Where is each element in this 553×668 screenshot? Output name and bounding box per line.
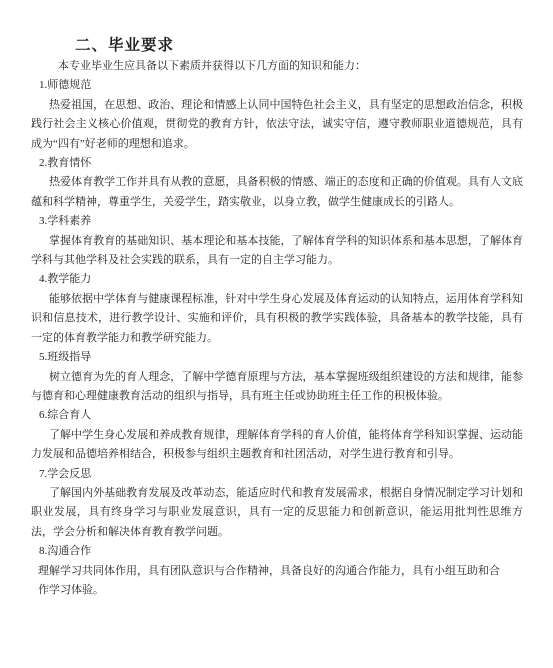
requirement-heading: 2.教育情怀 xyxy=(39,154,523,173)
requirement-section-3: 3.学科素养 掌握体育教育的基础知识、基本理论和基本技能，了解体育学科的知识体系… xyxy=(31,212,523,270)
requirement-body: 理解学习共同体作用，具有团队意识与合作精神，具备良好的沟通合作能力，具有小组互助… xyxy=(38,562,501,601)
requirement-section-1: 1.师德规范 热爱祖国，在思想、政治、理论和情感上认同中国特色社会主义，具有坚定… xyxy=(31,76,523,154)
requirement-heading: 8.沟通合作 xyxy=(39,542,523,561)
document-page: 二、毕业要求 本专业毕业生应具备以下素质并获得以下几方面的知识和能力： 1.师德… xyxy=(0,0,553,668)
requirement-body: 热爱体育教学工作并具有从教的意愿，具备积极的情感、端正的态度和正确的价值观。具有… xyxy=(31,173,523,212)
requirement-section-7: 7.学会反思 了解国内外基础教育发展及改革动态，能适应时代和教育发展需求，根据自… xyxy=(31,465,523,543)
intro-paragraph: 本专业毕业生应具备以下素质并获得以下几方面的知识和能力： xyxy=(31,57,523,76)
requirement-heading: 3.学科素养 xyxy=(39,212,523,231)
requirement-heading: 1.师德规范 xyxy=(39,76,523,95)
requirement-heading: 4.教学能力 xyxy=(39,270,523,289)
requirement-heading: 7.学会反思 xyxy=(39,465,523,484)
requirement-section-6: 6.综合育人 了解中学生身心发展和养成教育规律，理解体育学科的育人价值，能将体育… xyxy=(31,406,523,464)
requirement-heading: 5.班级指导 xyxy=(39,348,523,367)
requirement-body: 树立德育为先的育人理念，了解中学德育原理与方法，基本掌握班级组织建设的方法和规律… xyxy=(31,368,523,407)
requirement-section-4: 4.教学能力 能够依据中学体育与健康课程标准，针对中学生身心发展及体育运动的认知… xyxy=(31,270,523,348)
requirement-section-5: 5.班级指导 树立德育为先的育人理念，了解中学德育原理与方法，基本掌握班级组织建… xyxy=(31,348,523,406)
requirement-body: 了解国内外基础教育发展及改革动态，能适应时代和教育发展需求，根据自身情况制定学习… xyxy=(31,484,523,542)
requirement-heading: 6.综合育人 xyxy=(39,406,523,425)
requirement-body: 能够依据中学体育与健康课程标准，针对中学生身心发展及体育运动的认知特点，运用体育… xyxy=(31,290,523,348)
requirement-body: 热爱祖国，在思想、政治、理论和情感上认同中国特色社会主义，具有坚定的思想政治信念… xyxy=(31,96,523,154)
requirement-section-2: 2.教育情怀 热爱体育教学工作并具有从教的意愿，具备积极的情感、端正的态度和正确… xyxy=(31,154,523,212)
requirement-body: 了解中学生身心发展和养成教育规律，理解体育学科的育人价值，能将体育学科知识掌握、… xyxy=(31,426,523,465)
requirement-body: 掌握体育教育的基础知识、基本理论和基本技能，了解体育学科的知识体系和基本思想，了… xyxy=(31,232,523,271)
page-title: 二、毕业要求 xyxy=(75,35,523,56)
requirement-section-8: 8.沟通合作 理解学习共同体作用，具有团队意识与合作精神，具备良好的沟通合作能力… xyxy=(31,542,523,600)
